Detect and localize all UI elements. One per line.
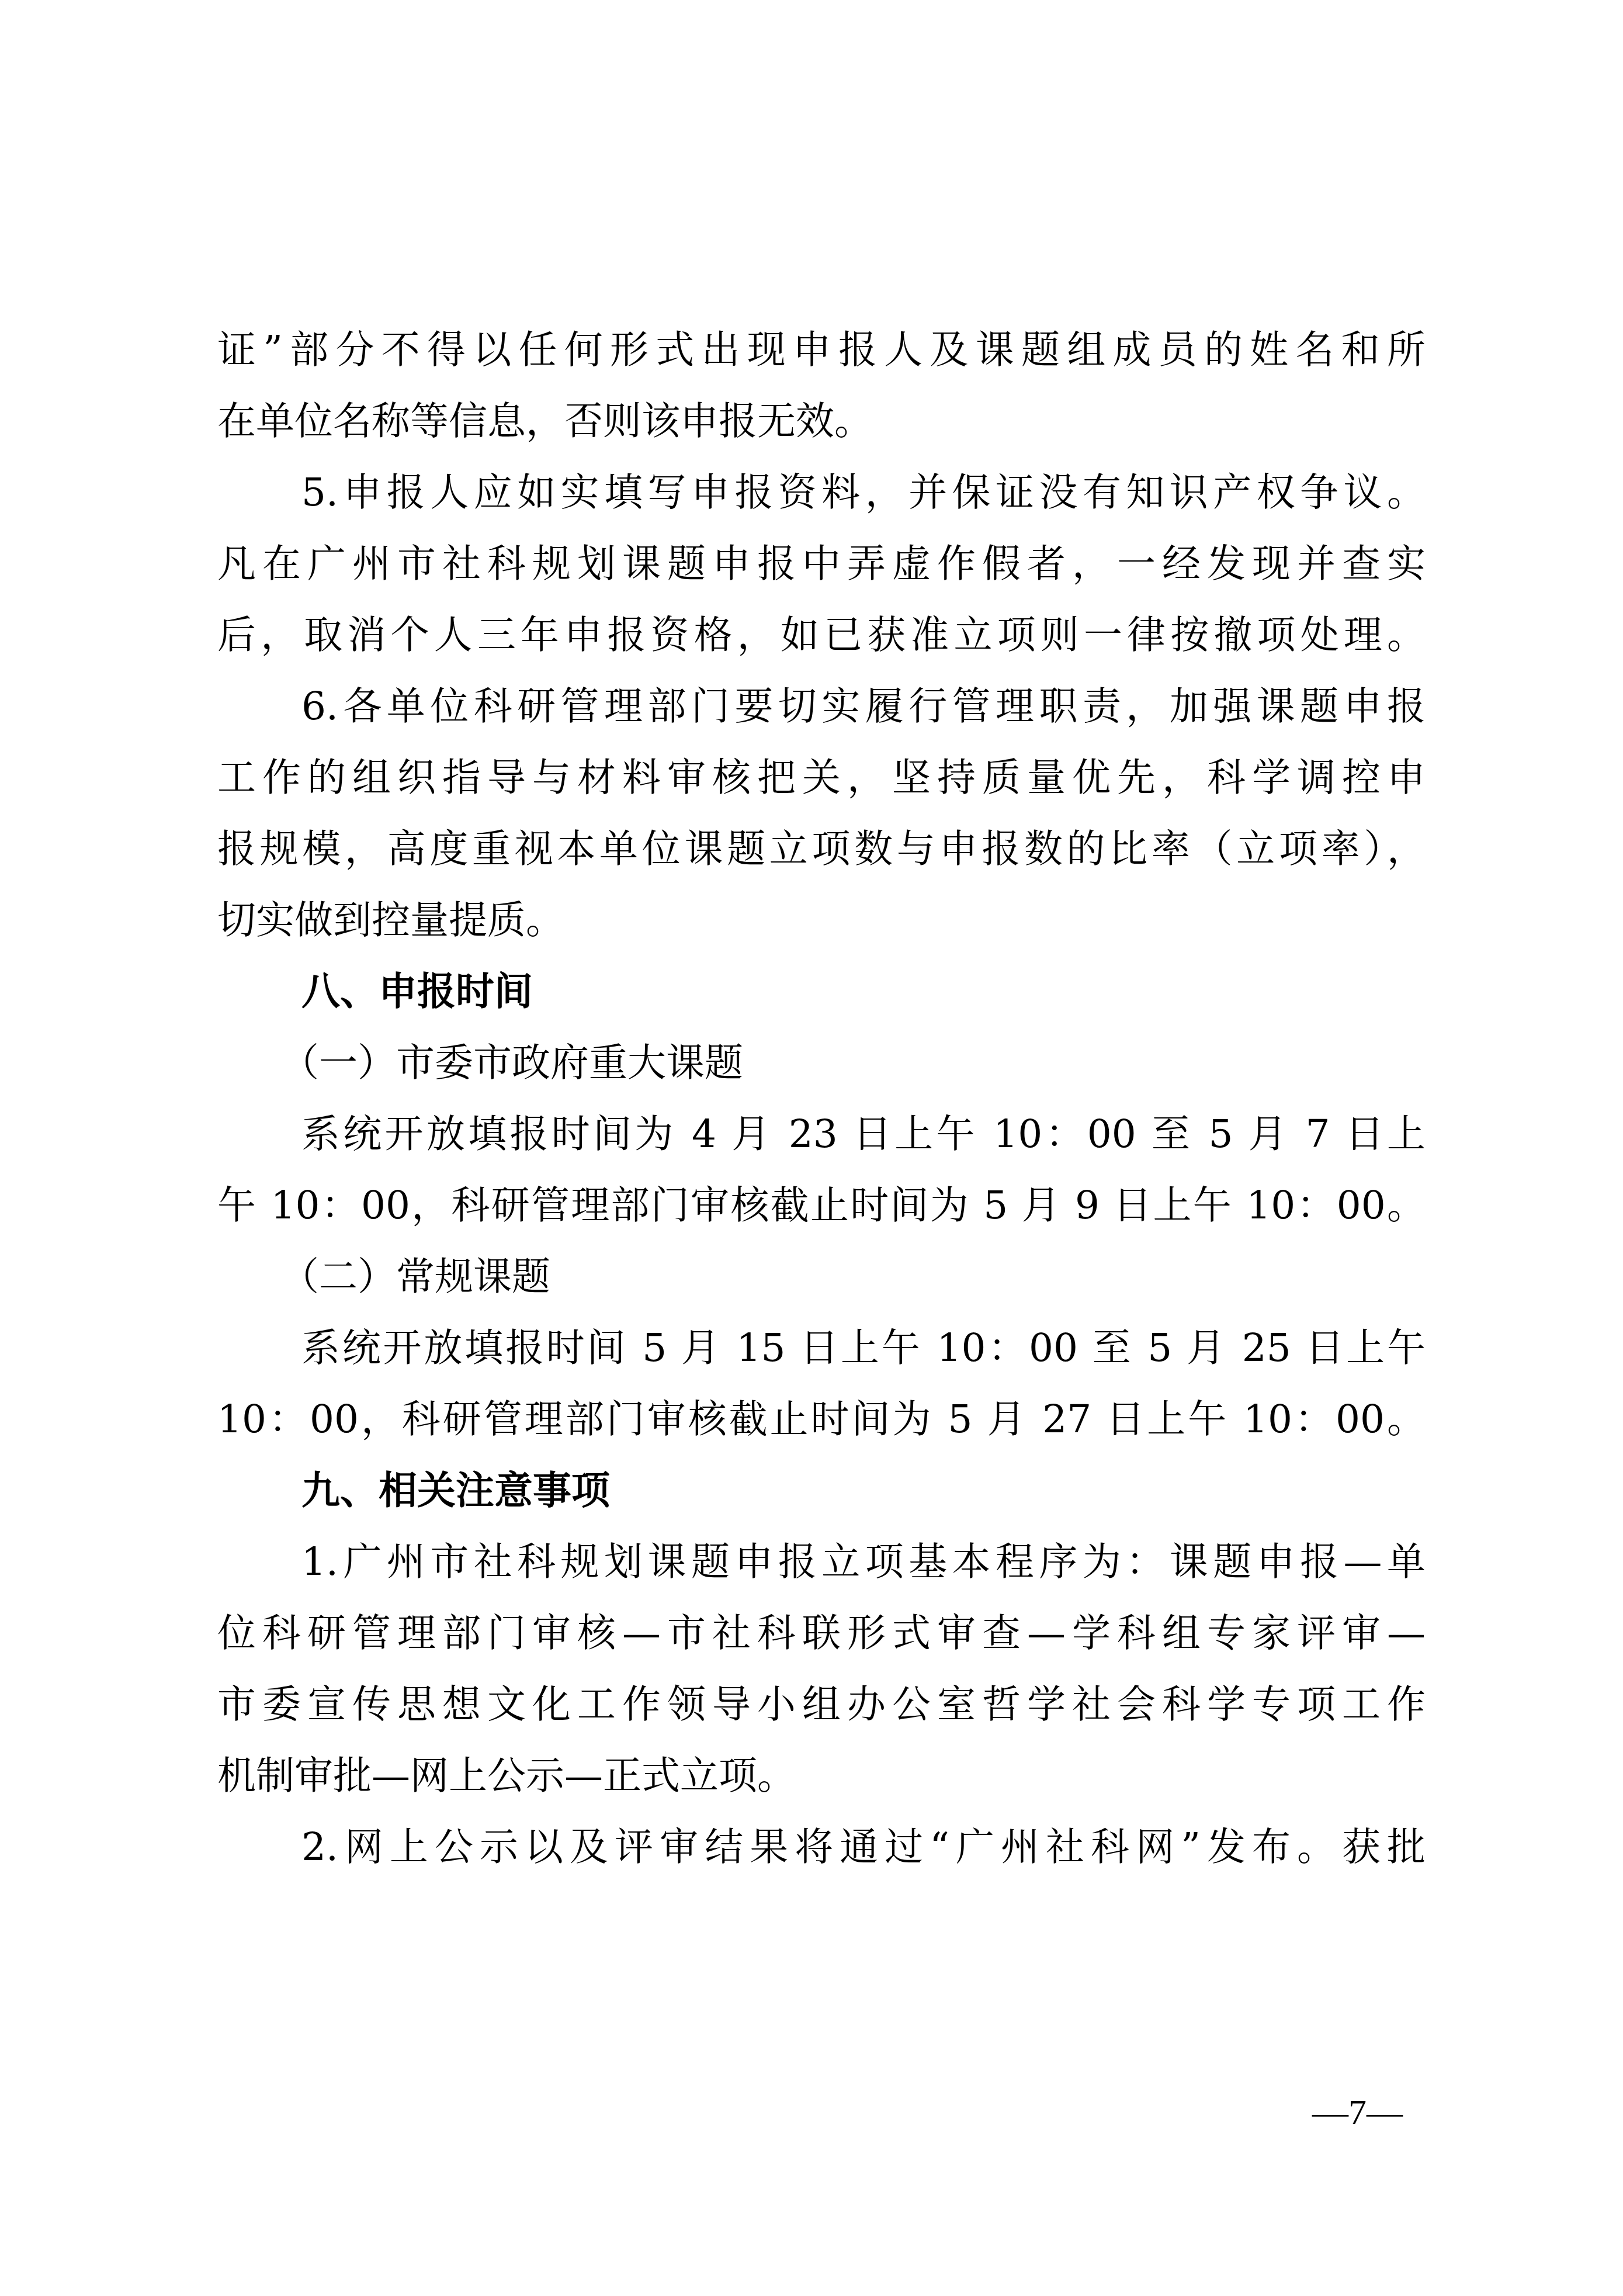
text-line: 午 10：00，科研管理部门审核截止时间为 5 月 9 日上午 10：00。 <box>217 1170 1426 1241</box>
paragraph-item-5: 5.申报人应如实填写申报资料，并保证没有知识产权争议。 凡在广州市社科规划课题申… <box>217 457 1426 671</box>
text-line: 证”部分不得以任何形式出现申报人及课题组成员的姓名和所 <box>217 314 1426 386</box>
section-8: 八、申报时间 （一）市委市政府重大课题 系统开放填报时间为 4 月 23 日上午… <box>217 956 1426 1455</box>
text-line: 市委宣传思想文化工作领导小组办公室哲学社会科学专项工作 <box>217 1669 1426 1740</box>
page-number: —7— <box>1312 2089 1403 2136</box>
text-line: 机制审批—网上公示—正式立项。 <box>217 1740 1426 1812</box>
paragraph-continuation: 证”部分不得以任何形式出现申报人及课题组成员的姓名和所 在单位名称等信息，否则该… <box>217 314 1426 457</box>
subsection-heading: （二）常规课题 <box>217 1241 1426 1313</box>
document-page: 证”部分不得以任何形式出现申报人及课题组成员的姓名和所 在单位名称等信息，否则该… <box>217 314 1426 1883</box>
text-line: 系统开放填报时间为 4 月 23 日上午 10：00 至 5 月 7 日上 <box>217 1099 1426 1170</box>
section-9: 九、相关注意事项 1.广州市社科规划课题申报立项基本程序为：课题申报—单 位科研… <box>217 1455 1426 1883</box>
text-line: 报规模，高度重视本单位课题立项数与申报数的比率（立项率）， <box>217 813 1426 885</box>
section-heading: 八、申报时间 <box>217 956 1426 1027</box>
text-line: 5.申报人应如实填写申报资料，并保证没有知识产权争议。 <box>217 457 1426 528</box>
text-line: 1.广州市社科规划课题申报立项基本程序为：课题申报—单 <box>217 1526 1426 1598</box>
text-line: 6.各单位科研管理部门要切实履行管理职责，加强课题申报 <box>217 671 1426 742</box>
text-line: 凡在广州市社科规划课题申报中弄虚作假者，一经发现并查实 <box>217 528 1426 600</box>
text-line: 后，取消个人三年申报资格，如已获准立项则一律按撤项处理。 <box>217 600 1426 671</box>
paragraph-item-6: 6.各单位科研管理部门要切实履行管理职责，加强课题申报 工作的组织指导与材料审核… <box>217 671 1426 956</box>
text-line: 2.网上公示以及评审结果将通过“广州社科网”发布。获批 <box>217 1812 1426 1883</box>
text-line: 切实做到控量提质。 <box>217 885 1426 956</box>
text-line: 位科研管理部门审核—市社科联形式审查—学科组专家评审— <box>217 1598 1426 1669</box>
text-line: 在单位名称等信息，否则该申报无效。 <box>217 386 1426 457</box>
text-line: 10：00，科研管理部门审核截止时间为 5 月 27 日上午 10：00。 <box>217 1384 1426 1455</box>
text-line: 工作的组织指导与材料审核把关，坚持质量优先，科学调控申 <box>217 742 1426 813</box>
text-line: 系统开放填报时间 5 月 15 日上午 10：00 至 5 月 25 日上午 <box>217 1313 1426 1384</box>
subsection-heading: （一）市委市政府重大课题 <box>217 1027 1426 1099</box>
section-heading: 九、相关注意事项 <box>217 1455 1426 1526</box>
